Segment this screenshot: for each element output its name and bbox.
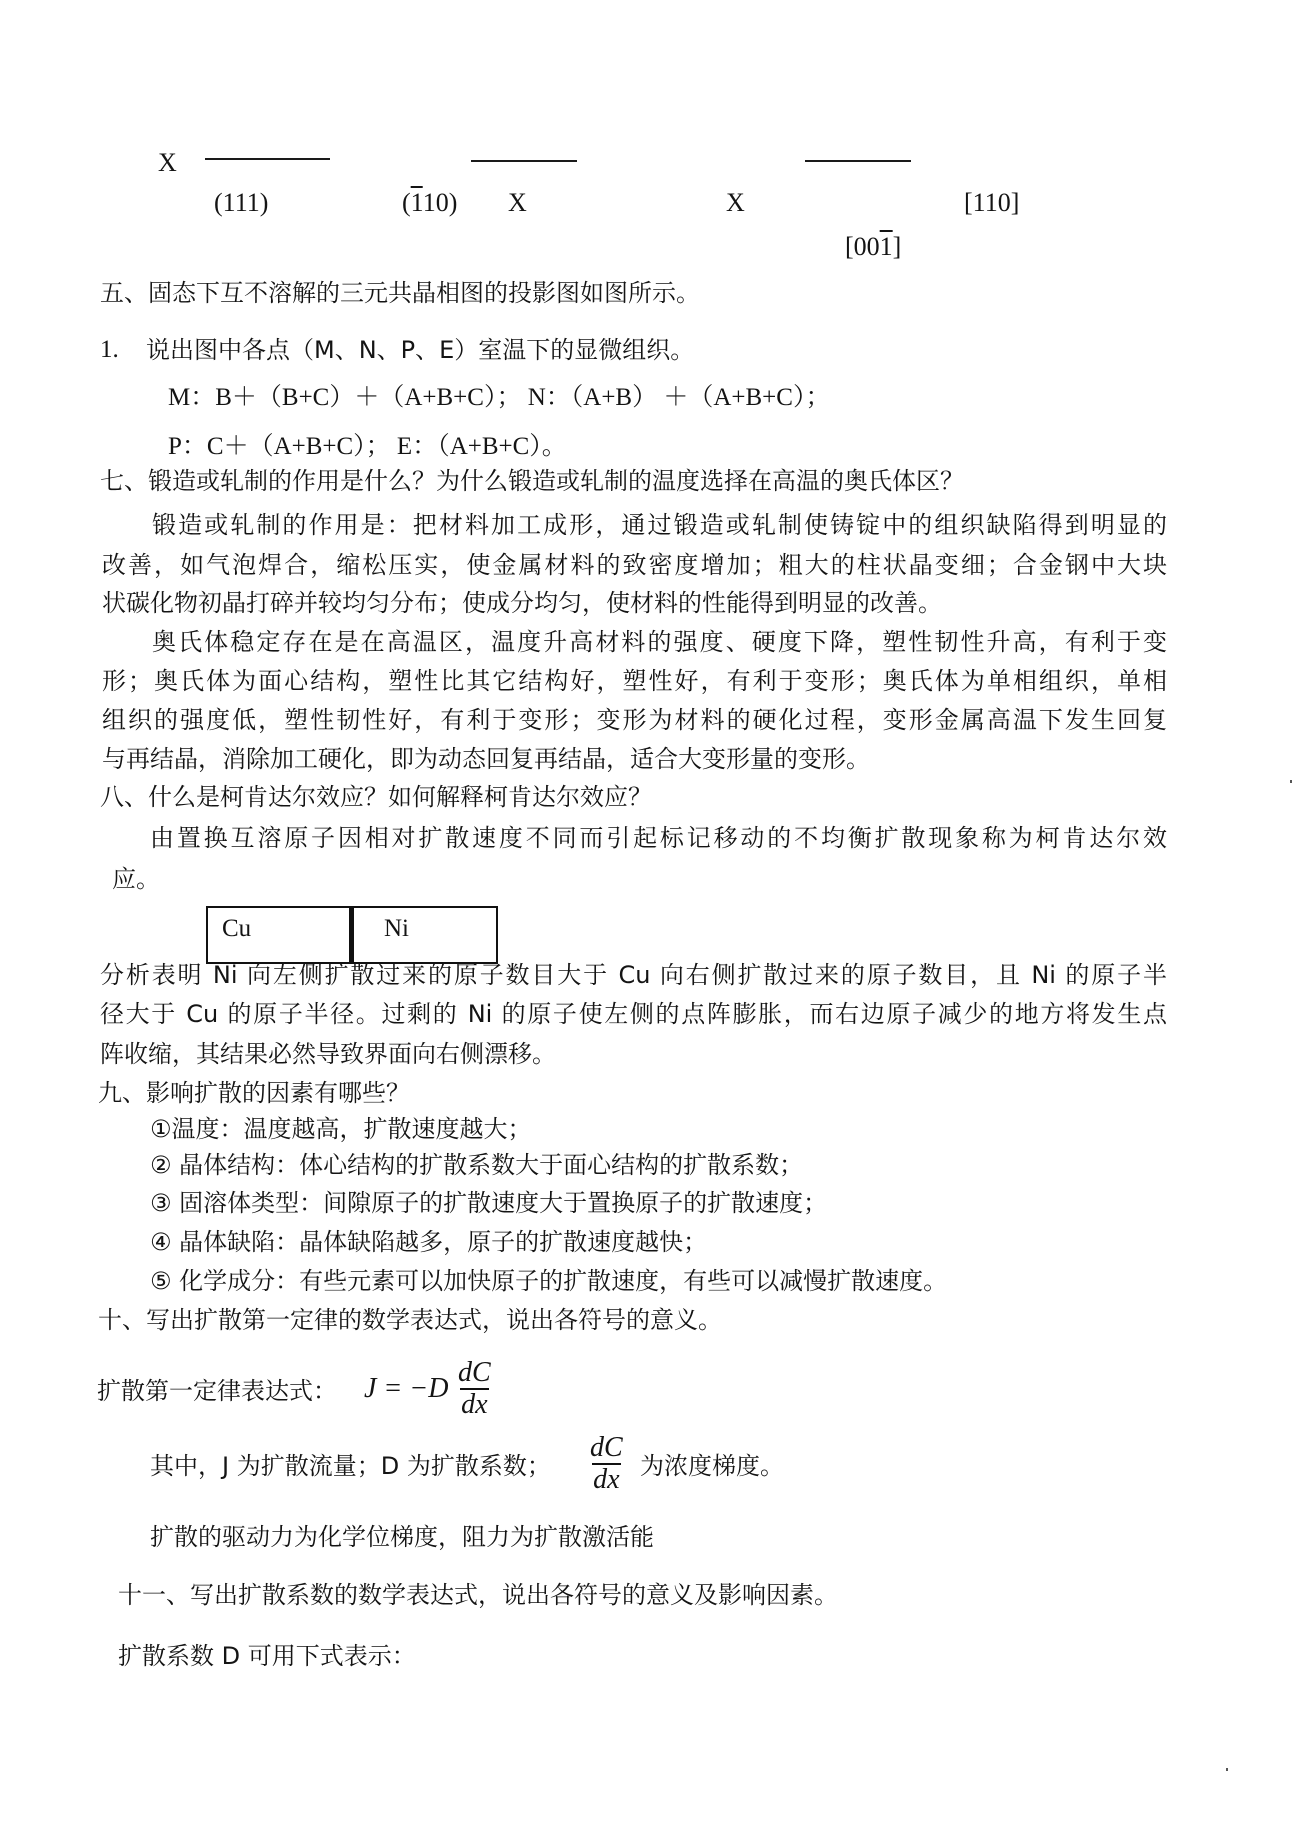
paragraph-line: 锻造或轧制的作用是：把材料加工成形，通过锻造或轧制使铸锭中的组织缺陷得到明显的 (152, 510, 1167, 540)
paragraph-line: 组织的强度低，塑性韧性好，有利于变形；变形为材料的硬化过程，变形金属高温下发生回… (102, 705, 1167, 735)
section-9-heading: 九、影响扩散的因素有哪些？ (98, 1078, 410, 1108)
x-mark: X (158, 148, 177, 178)
formula-lhs: J = −D (364, 1374, 448, 1404)
paragraph-line: 与再结晶，消除加工硬化，即为动态回复再结晶，适合大变形量的变形。 (102, 744, 870, 774)
list-item: ② 晶体结构：体心结构的扩散系数大于面心结构的扩散系数； (150, 1150, 803, 1180)
blank-line (471, 160, 577, 162)
answer-line: P：C＋（A+B+C）； E：（A+B+C）。 (168, 432, 567, 462)
section-11-intro: 扩散系数 D 可用下式表示： (118, 1641, 416, 1671)
ni-label: Ni (384, 914, 409, 944)
question-text: 说出图中各点（M、N、P、E）室温下的显微组织。 (146, 335, 694, 365)
paragraph-line: 应。 (112, 864, 160, 894)
driving-force-text: 扩散的驱动力为化学位梯度，阻力为扩散激活能 (150, 1522, 654, 1552)
plane-label-1bar10: (110) (402, 188, 457, 218)
answer-line: M：B＋（B+C）＋（A+B+C）； N：（A+B） ＋（A+B+C）； (168, 383, 830, 413)
paragraph-line: 阵收缩，其结果必然导致界面向右侧漂移。 (100, 1039, 556, 1069)
cu-label: Cu (222, 914, 251, 944)
x-mark: X (726, 188, 745, 218)
paragraph-line: 改善，如气泡焊合，缩松压实，使金属材料的致密度增加；粗大的柱状晶变细；合金钢中大… (102, 550, 1167, 580)
question-number: 1. (100, 335, 119, 365)
paragraph-line: 奥氏体稳定存在是在高温区，温度升高材料的强度、硬度下降，塑性韧性升高，有利于变 (152, 627, 1167, 657)
ni-region: Ni (354, 908, 496, 962)
document-page: X (111) (110) X X [110] [001] 五、固态下互不溶解的… (0, 0, 1300, 1834)
formula-label: 扩散第一定律表达式： (97, 1376, 337, 1406)
paragraph-line: 状碳化物初晶打碎并较均匀分布；使成分均匀，使材料的性能得到明显的改善。 (102, 588, 942, 618)
x-mark: X (508, 188, 527, 218)
list-item: ①温度：温度越高，扩散速度越大； (150, 1114, 532, 1144)
scan-speck (1226, 1768, 1228, 1771)
plane-label-111: (111) (214, 188, 268, 218)
blank-line (805, 160, 911, 162)
fraction-dc-dx: dC dx (458, 1358, 491, 1420)
cu-region: Cu (208, 908, 354, 962)
scan-speck (1290, 780, 1292, 783)
direction-label-001bar: [001] (845, 232, 901, 262)
section-8-heading: 八、什么是柯肯达尔效应？如何解释柯肯达尔效应？ (100, 782, 652, 812)
kirkendall-diagram: Cu Ni (206, 906, 498, 964)
list-item: ③ 固溶体类型：间隙原子的扩散速度大于置换原子的扩散速度； (150, 1188, 827, 1218)
explanation-suffix: 为浓度梯度。 (640, 1451, 784, 1481)
paragraph-line: 由置换互溶原子因相对扩散速度不同而引起标记移动的不均衡扩散现象称为柯肯达尔效 (150, 823, 1167, 853)
section-7-heading: 七、锻造或轧制的作用是什么？为什么锻造或轧制的温度选择在高温的奥氏体区？ (100, 466, 964, 496)
paragraph-line: 形；奥氏体为面心结构，塑性比其它结构好，塑性好，有利于变形；奥氏体为单相组织，单… (102, 666, 1167, 696)
list-item: ④ 晶体缺陷：晶体缺陷越多，原子的扩散速度越快； (150, 1227, 707, 1257)
section-11-heading: 十一、写出扩散系数的数学表达式，说出各符号的意义及影响因素。 (118, 1580, 838, 1610)
explanation-text: 其中，J 为扩散流量；D 为扩散系数； (150, 1451, 551, 1481)
direction-label-110: [110] (964, 188, 1019, 218)
blank-line (205, 158, 330, 160)
section-5-heading: 五、固态下互不溶解的三元共晶相图的投影图如图所示。 (100, 278, 700, 308)
paragraph-line: 径大于 Cu 的原子半径。过剩的 Ni 的原子使左侧的点阵膨胀，而右边原子减少的… (100, 999, 1167, 1029)
paragraph-line: 分析表明 Ni 向左侧扩散过来的原子数目大于 Cu 向右侧扩散过来的原子数目，且… (100, 960, 1167, 990)
list-item: ⑤ 化学成分：有些元素可以加快原子的扩散速度，有些可以减慢扩散速度。 (150, 1266, 947, 1296)
section-10-heading: 十、写出扩散第一定律的数学表达式，说出各符号的意义。 (98, 1305, 722, 1335)
fraction-dc-dx: dC dx (590, 1433, 623, 1495)
